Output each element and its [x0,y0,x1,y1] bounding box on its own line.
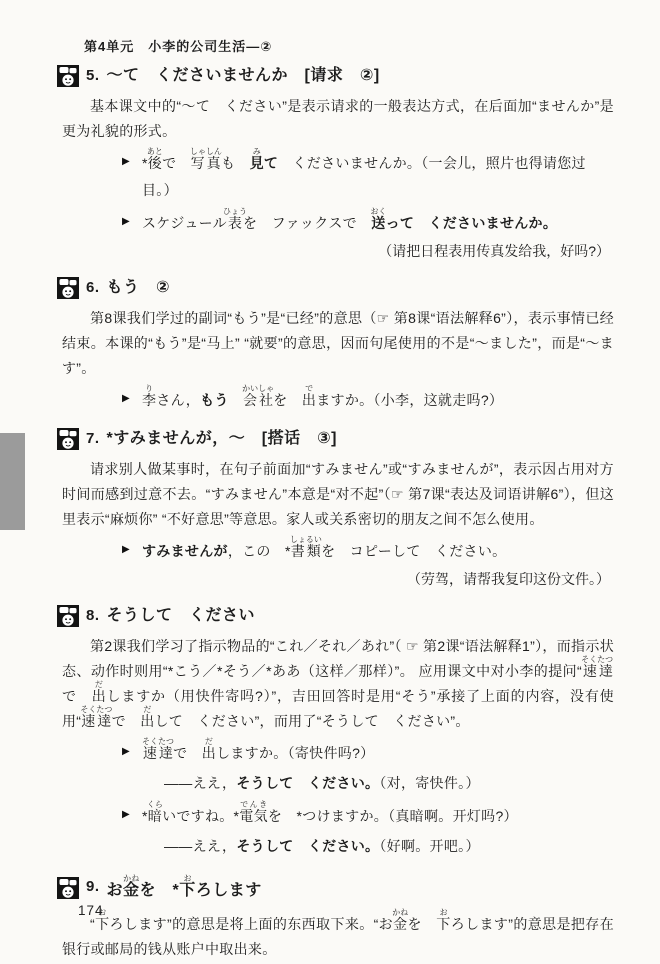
furigana-segment: 速達そくたつ [142,745,173,761]
example-sentence: ▶速達そくたつで 出だしますか。（寄快件吗?） [62,737,614,767]
text-segment: ろします”的意思是将上面的东西取下来。“お [109,916,393,932]
furigana-segment: 金かね [393,916,407,932]
furigana-segment: 出だ [92,688,107,704]
example-bullet-icon: ▶ [122,801,130,828]
text-segment: お [107,882,124,899]
text-segment: を [407,916,436,932]
example-sentence: ▶*後あとで 写真しゃしんも 見みて くださいませんか。（一会儿，照片也得请您过… [62,147,614,204]
text-segment: さん， [156,392,200,408]
furigana-segment: 出で [302,392,316,408]
section-number: 7. [86,430,100,449]
text-segment: いですね。* [162,808,239,824]
text-segment: ——ええ， [164,838,236,854]
section-heading: 6.もう ② [57,277,614,299]
section-number: 6. [86,279,100,298]
text-segment: もう [200,392,229,408]
line-text: 速達そくたつで 出だしますか。（寄快件吗?） [142,745,374,761]
grammar-section-7: 7.*すみませんが，～ [搭话 ③]请求别人做某事时，在句子前面加“すみません”… [62,428,614,591]
text-segment: を ファックスで [243,215,371,231]
text-segment: して ください”，而用了“そうして ください”。 [155,713,470,729]
text-segment: しますか。（寄快件吗?） [216,745,374,761]
furigana-segment: 李り [142,392,156,408]
line-text: スケジュール表ひょうを ファックスで 送おくって くださいませんか。 [142,215,557,231]
line-text: 基本课文中的“～て ください”是表示请求的一般表达方式，在后面加“ませんか”是更… [62,98,614,139]
furigana-segment: 速達そくたつ [81,713,111,729]
text-segment: ，この * [228,543,291,559]
section-title: お金かねを *下おろします [107,874,262,901]
section-title: *すみませんが，～ [搭话 ③] [107,429,337,449]
example-sentence: ▶*暗くらいですね。*電気でんきを *つけますか。（真暗啊。开灯吗?） [62,800,614,830]
section-title: ～て くださいませんか [请求 ②] [107,66,380,86]
text-segment: もう ② [107,279,171,296]
text-segment: を * [140,882,180,899]
explanation-paragraph: 基本课文中的“～て ください”是表示请求的一般表达方式，在后面加“ませんか”是更… [62,94,614,144]
example-bullet-icon: ▶ [122,385,130,412]
furigana-segment: 下お [95,916,110,932]
text-segment: そうして ください。 [236,775,379,791]
line-text: *後あとで 写真しゃしんも 見みて くださいませんか。（一会儿，照片也得请您过目… [142,155,586,198]
speech-face-icon [57,65,79,87]
translation-line: （劳驾，请帮我复印这份文件。） [62,567,614,591]
text-segment: ～て くださいませんか [请求 ②] [107,67,380,84]
furigana-segment: 電気でんき [239,808,268,824]
furigana-segment: 金かね [123,882,140,899]
text-segment: ——ええ， [164,775,236,791]
section-heading: 8.そうして ください [57,605,614,627]
grammar-section-8: 8.そうして ください第2课我们学习了指示物品的“これ／それ／あれ”（ ☞ 第2… [62,605,614,860]
text-segment: ますか。（小李，这就走吗?） [316,392,503,408]
furigana-segment: 書類しょるい [291,543,321,559]
text-segment: （请把日程表用传真发给我，好吗?） [378,243,610,259]
text-segment: を *つけますか。（真暗啊。开灯吗?） [268,808,518,824]
text-segment: （劳驾，请帮我复印这份文件。） [407,571,610,587]
speech-face-icon [57,605,79,627]
furigana-segment: 速達そくたつ [582,663,612,679]
section-number: 9. [86,878,100,897]
text-segment: 第8课我们学过的副词“もう”是“已经”的意思（☞ 第8课“语法解释6”），表示事… [62,310,614,376]
example-bullet-icon: ▶ [122,536,130,563]
line-text: 李りさん，もう 会社かいしゃを 出でますか。（小李，这就走吗?） [142,392,503,408]
text-segment: すみませんが [142,543,228,559]
speech-face-icon [57,428,79,450]
text-segment: も [221,155,250,171]
furigana-segment: 後あと [148,155,162,171]
furigana-segment: 写真しゃしん [191,155,221,171]
section-title: もう ② [107,278,171,298]
furigana-segment: 下お [436,916,450,932]
grammar-section-5: 5.～て くださいませんか [请求 ②]基本课文中的“～て ください”是表示请求… [62,65,614,263]
example-sentence: ▶李りさん，もう 会社かいしゃを 出でますか。（小李，这就走吗?） [62,384,614,414]
furigana-segment: 表ひょう [227,215,243,231]
content: 5.～て くださいませんか [请求 ②]基本课文中的“～て ください”是表示请求… [62,65,614,962]
furigana-segment: 会社かいしゃ [243,392,273,408]
text-segment: を [273,392,302,408]
section-heading: 9.お金かねを *下おろします [57,874,614,901]
text-segment: で [162,155,191,171]
grammar-section-6: 6.もう ②第8课我们学过的副词“もう”是“已经”的意思（☞ 第8课“语法解释6… [62,277,614,414]
section-title: そうして ください [107,606,256,626]
text-segment: 第2课我们学习了指示物品的“これ／それ／あれ”（ ☞ 第2课“语法解释1”），而… [62,638,614,679]
furigana-segment: 送おく [371,215,385,231]
textbook-page: 第4单元 小李的公司生活—② 5.～て くださいませんか [请求 ②]基本课文中… [0,0,660,964]
example-bullet-icon: ▶ [122,208,130,235]
text-segment: （好啊。开吧。） [379,838,479,854]
line-text: 第2课我们学习了指示物品的“これ／それ／あれ”（ ☞ 第2课“语法解释1”），而… [62,638,614,729]
grammar-section-9: 9.お金かねを *下おろします“下おろします”的意思是将上面的东西取下来。“お金… [62,874,614,962]
explanation-paragraph: 请求别人做某事时，在句子前面加“すみません”或“すみませんが”，表示因占用对方时… [62,457,614,532]
speech-face-icon [57,277,79,299]
line-text: すみませんが，この *書類しょるいを コピーして ください。 [142,543,506,559]
furigana-segment: 下お [179,882,196,899]
text-segment: 请求别人做某事时，在句子前面加“すみません”或“すみませんが”，表示因占用对方时… [62,461,614,527]
line-text: ——ええ，そうして ください。（对，寄快件。） [164,775,480,791]
reply-line: ——ええ，そうして ください。（好啊。开吧。） [62,833,614,860]
text-segment: *すみませんが，～ [搭话 ③] [107,430,337,447]
line-text: 请求别人做某事时，在句子前面加“すみません”或“すみませんが”，表示因占用对方时… [62,461,614,527]
text-segment: 基本课文中的“～て ください”是表示请求的一般表达方式，在后面加“ませんか”是更… [62,98,614,139]
text-segment: を コピーして ください。 [321,543,506,559]
explanation-paragraph: 第2课我们学习了指示物品的“これ／それ／あれ”（ ☞ 第2课“语法解释1”），而… [62,634,614,734]
line-text: （劳驾，请帮我复印这份文件。） [407,571,610,587]
example-bullet-icon: ▶ [122,148,130,175]
edge-thumb-tab [0,433,25,530]
line-text: *暗くらいですね。*電気でんきを *つけますか。（真暗啊。开灯吗?） [142,808,518,824]
explanation-paragraph: 第8课我们学过的副词“もう”是“已经”的意思（☞ 第8课“语法解释6”），表示事… [62,306,614,381]
text-segment: そうして ください。 [236,838,379,854]
section-number: 5. [86,67,100,86]
unit-header: 第4单元 小李的公司生活—② [84,36,660,55]
furigana-segment: 暗くら [148,808,162,824]
explanation-paragraph: “下おろします”的意思是将上面的东西取下来。“お金かねを 下おろします”的意思是… [62,908,614,962]
line-text: “下おろします”的意思是将上面的东西取下来。“お金かねを 下おろします”的意思是… [62,916,614,957]
text-segment: ろします [196,882,262,899]
example-sentence: ▶スケジュール表ひょうを ファックスで 送おくって くださいませんか。 [62,207,614,237]
line-text: 第8课我们学过的副词“もう”是“已经”的意思（☞ 第8课“语法解释6”），表示事… [62,310,614,376]
line-text: ——ええ，そうして ください。（好啊。开吧。） [164,838,480,854]
text-segment: （对，寄快件。） [379,775,479,791]
example-sentence: ▶すみませんが，この *書類しょるいを コピーして ください。 [62,535,614,565]
section-number: 8. [86,607,100,626]
text-segment: で [62,688,92,704]
text-segment: で [112,713,141,729]
text-segment: って くださいませんか。 [386,215,558,231]
furigana-segment: 見み [250,155,264,171]
section-heading: 5.～て くださいませんか [请求 ②] [57,65,614,87]
text-segment: スケジュール [142,215,227,231]
line-text: （请把日程表用传真发给我，好吗?） [378,243,610,259]
page-number: 174 [78,903,104,918]
reply-line: ——ええ，そうして ください。（对，寄快件。） [62,770,614,797]
section-heading: 7.*すみませんが，～ [搭话 ③] [57,428,614,450]
translation-line: （请把日程表用传真发给我，好吗?） [62,239,614,263]
speech-face-icon [57,877,79,899]
text-segment: そうして ください [107,607,256,624]
furigana-segment: 出だ [140,713,154,729]
example-bullet-icon: ▶ [122,738,130,765]
text-segment: て [264,155,278,171]
text-segment: で [173,745,202,761]
text-segment [229,392,243,408]
furigana-segment: 出だ [202,745,216,761]
